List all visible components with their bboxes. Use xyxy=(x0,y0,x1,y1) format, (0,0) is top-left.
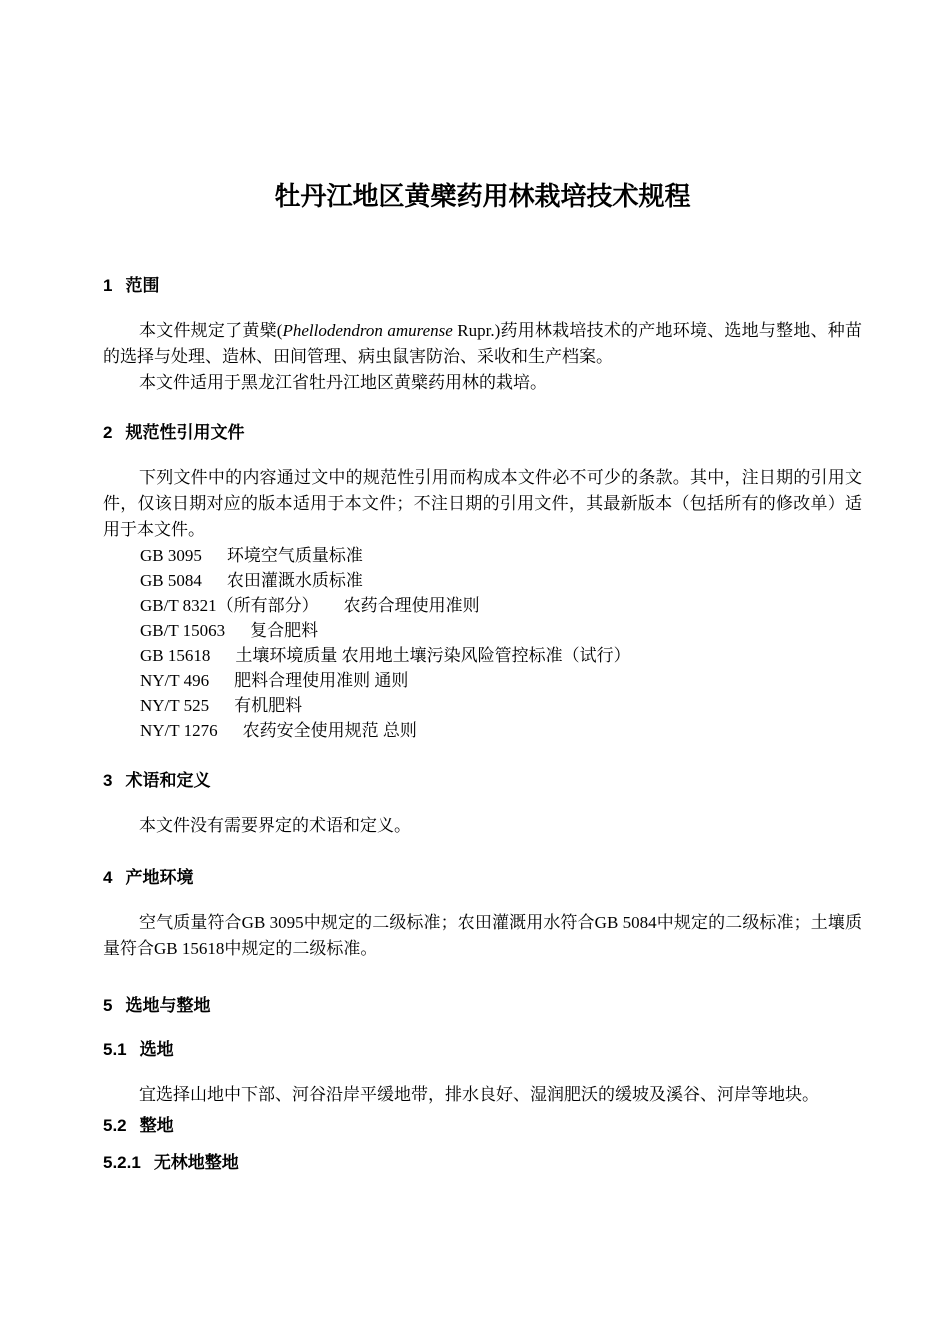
reference-name: 农药合理使用准则 xyxy=(344,596,480,615)
section-1-title: 范围 xyxy=(125,276,159,295)
reference-item: GB 5084农田灌溉水质标准 xyxy=(140,568,862,593)
section-5-2-number: 5.2 xyxy=(103,1114,127,1138)
reference-code: NY/T 525 xyxy=(140,693,209,718)
reference-item: GB 15618土壤环境质量 农用地土壤污染风险管控标准（试行） xyxy=(140,643,862,668)
reference-code: GB 15618 xyxy=(140,643,210,668)
section-1-number: 1 xyxy=(103,274,112,298)
section-5-2-1-title: 无林地整地 xyxy=(154,1153,239,1172)
reference-item: GB/T 15063复合肥料 xyxy=(140,618,862,643)
species-latin-name: Phellodendron amurense xyxy=(282,321,452,340)
reference-item: NY/T 496肥料合理使用准则 通则 xyxy=(140,668,862,693)
section-5-heading: 5选地与整地 xyxy=(103,994,862,1018)
reference-item: NY/T 1276农药安全使用规范 总则 xyxy=(140,718,862,743)
reference-code: GB/T 8321（所有部分） xyxy=(140,593,319,618)
section-5-2-1-number: 5.2.1 xyxy=(103,1151,141,1175)
document-title: 牡丹江地区黄檗药用林栽培技术规程 xyxy=(103,180,862,212)
section-5-2-1-heading: 5.2.1无林地整地 xyxy=(103,1151,862,1175)
section-5-title: 选地与整地 xyxy=(125,996,210,1015)
section-3-paragraph-1: 本文件没有需要界定的术语和定义。 xyxy=(103,813,862,839)
section-5-1-paragraph-1: 宜选择山地中下部、河谷沿岸平缓地带，排水良好、湿润肥沃的缓坡及溪谷、河岸等地块。 xyxy=(103,1082,862,1108)
reference-code: GB 3095 xyxy=(140,543,202,568)
reference-name: 环境空气质量标准 xyxy=(227,546,363,565)
section-4-title: 产地环境 xyxy=(125,868,193,887)
document-content: 牡丹江地区黄檗药用林栽培技术规程 1范围 本文件规定了黄檗(Phellodend… xyxy=(0,180,950,1175)
section-5-2-heading: 5.2整地 xyxy=(103,1114,862,1138)
normative-references-list: GB 3095环境空气质量标准 GB 5084农田灌溉水质标准 GB/T 832… xyxy=(103,543,862,743)
section-5-number: 5 xyxy=(103,994,112,1018)
document-page: 牡丹江地区黄檗药用林栽培技术规程 1范围 本文件规定了黄檗(Phellodend… xyxy=(0,0,950,1344)
section-1-paragraph-2: 本文件适用于黑龙江省牡丹江地区黄檗药用林的栽培。 xyxy=(103,370,862,396)
section-2-title: 规范性引用文件 xyxy=(125,423,244,442)
section-4-number: 4 xyxy=(103,866,112,890)
section-1-heading: 1范围 xyxy=(103,274,862,298)
section-5-1-title: 选地 xyxy=(140,1040,174,1059)
section-3-number: 3 xyxy=(103,769,112,793)
section-3-heading: 3术语和定义 xyxy=(103,769,862,793)
reference-name: 有机肥料 xyxy=(234,696,302,715)
section-5-2-title: 整地 xyxy=(140,1116,174,1135)
reference-name: 复合肥料 xyxy=(250,621,318,640)
section-3-title: 术语和定义 xyxy=(125,771,210,790)
reference-code: NY/T 1276 xyxy=(140,718,218,743)
section-2-paragraph-1: 下列文件中的内容通过文中的规范性引用而构成本文件必不可少的条款。其中，注日期的引… xyxy=(103,465,862,543)
reference-item: GB 3095环境空气质量标准 xyxy=(140,543,862,568)
section-1-paragraph-1: 本文件规定了黄檗(Phellodendron amurense Rupr.)药用… xyxy=(103,318,862,370)
reference-name: 农药安全使用规范 总则 xyxy=(243,721,417,740)
reference-code: GB/T 15063 xyxy=(140,618,225,643)
reference-name: 农田灌溉水质标准 xyxy=(227,571,363,590)
section-5-1-number: 5.1 xyxy=(103,1038,127,1062)
reference-item: GB/T 8321（所有部分）农药合理使用准则 xyxy=(140,593,862,618)
reference-name: 土壤环境质量 农用地土壤污染风险管控标准（试行） xyxy=(235,646,630,665)
reference-code: NY/T 496 xyxy=(140,668,209,693)
section-2-heading: 2规范性引用文件 xyxy=(103,421,862,445)
section-4-paragraph-1: 空气质量符合GB 3095中规定的二级标准；农田灌溉用水符合GB 5084中规定… xyxy=(103,910,862,962)
reference-code: GB 5084 xyxy=(140,568,202,593)
reference-name: 肥料合理使用准则 通则 xyxy=(234,671,408,690)
section-2-number: 2 xyxy=(103,421,112,445)
reference-item: NY/T 525有机肥料 xyxy=(140,693,862,718)
section-4-heading: 4产地环境 xyxy=(103,866,862,890)
section-5-1-heading: 5.1选地 xyxy=(103,1038,862,1062)
scope-text-pre: 本文件规定了黄檗( xyxy=(139,321,282,340)
